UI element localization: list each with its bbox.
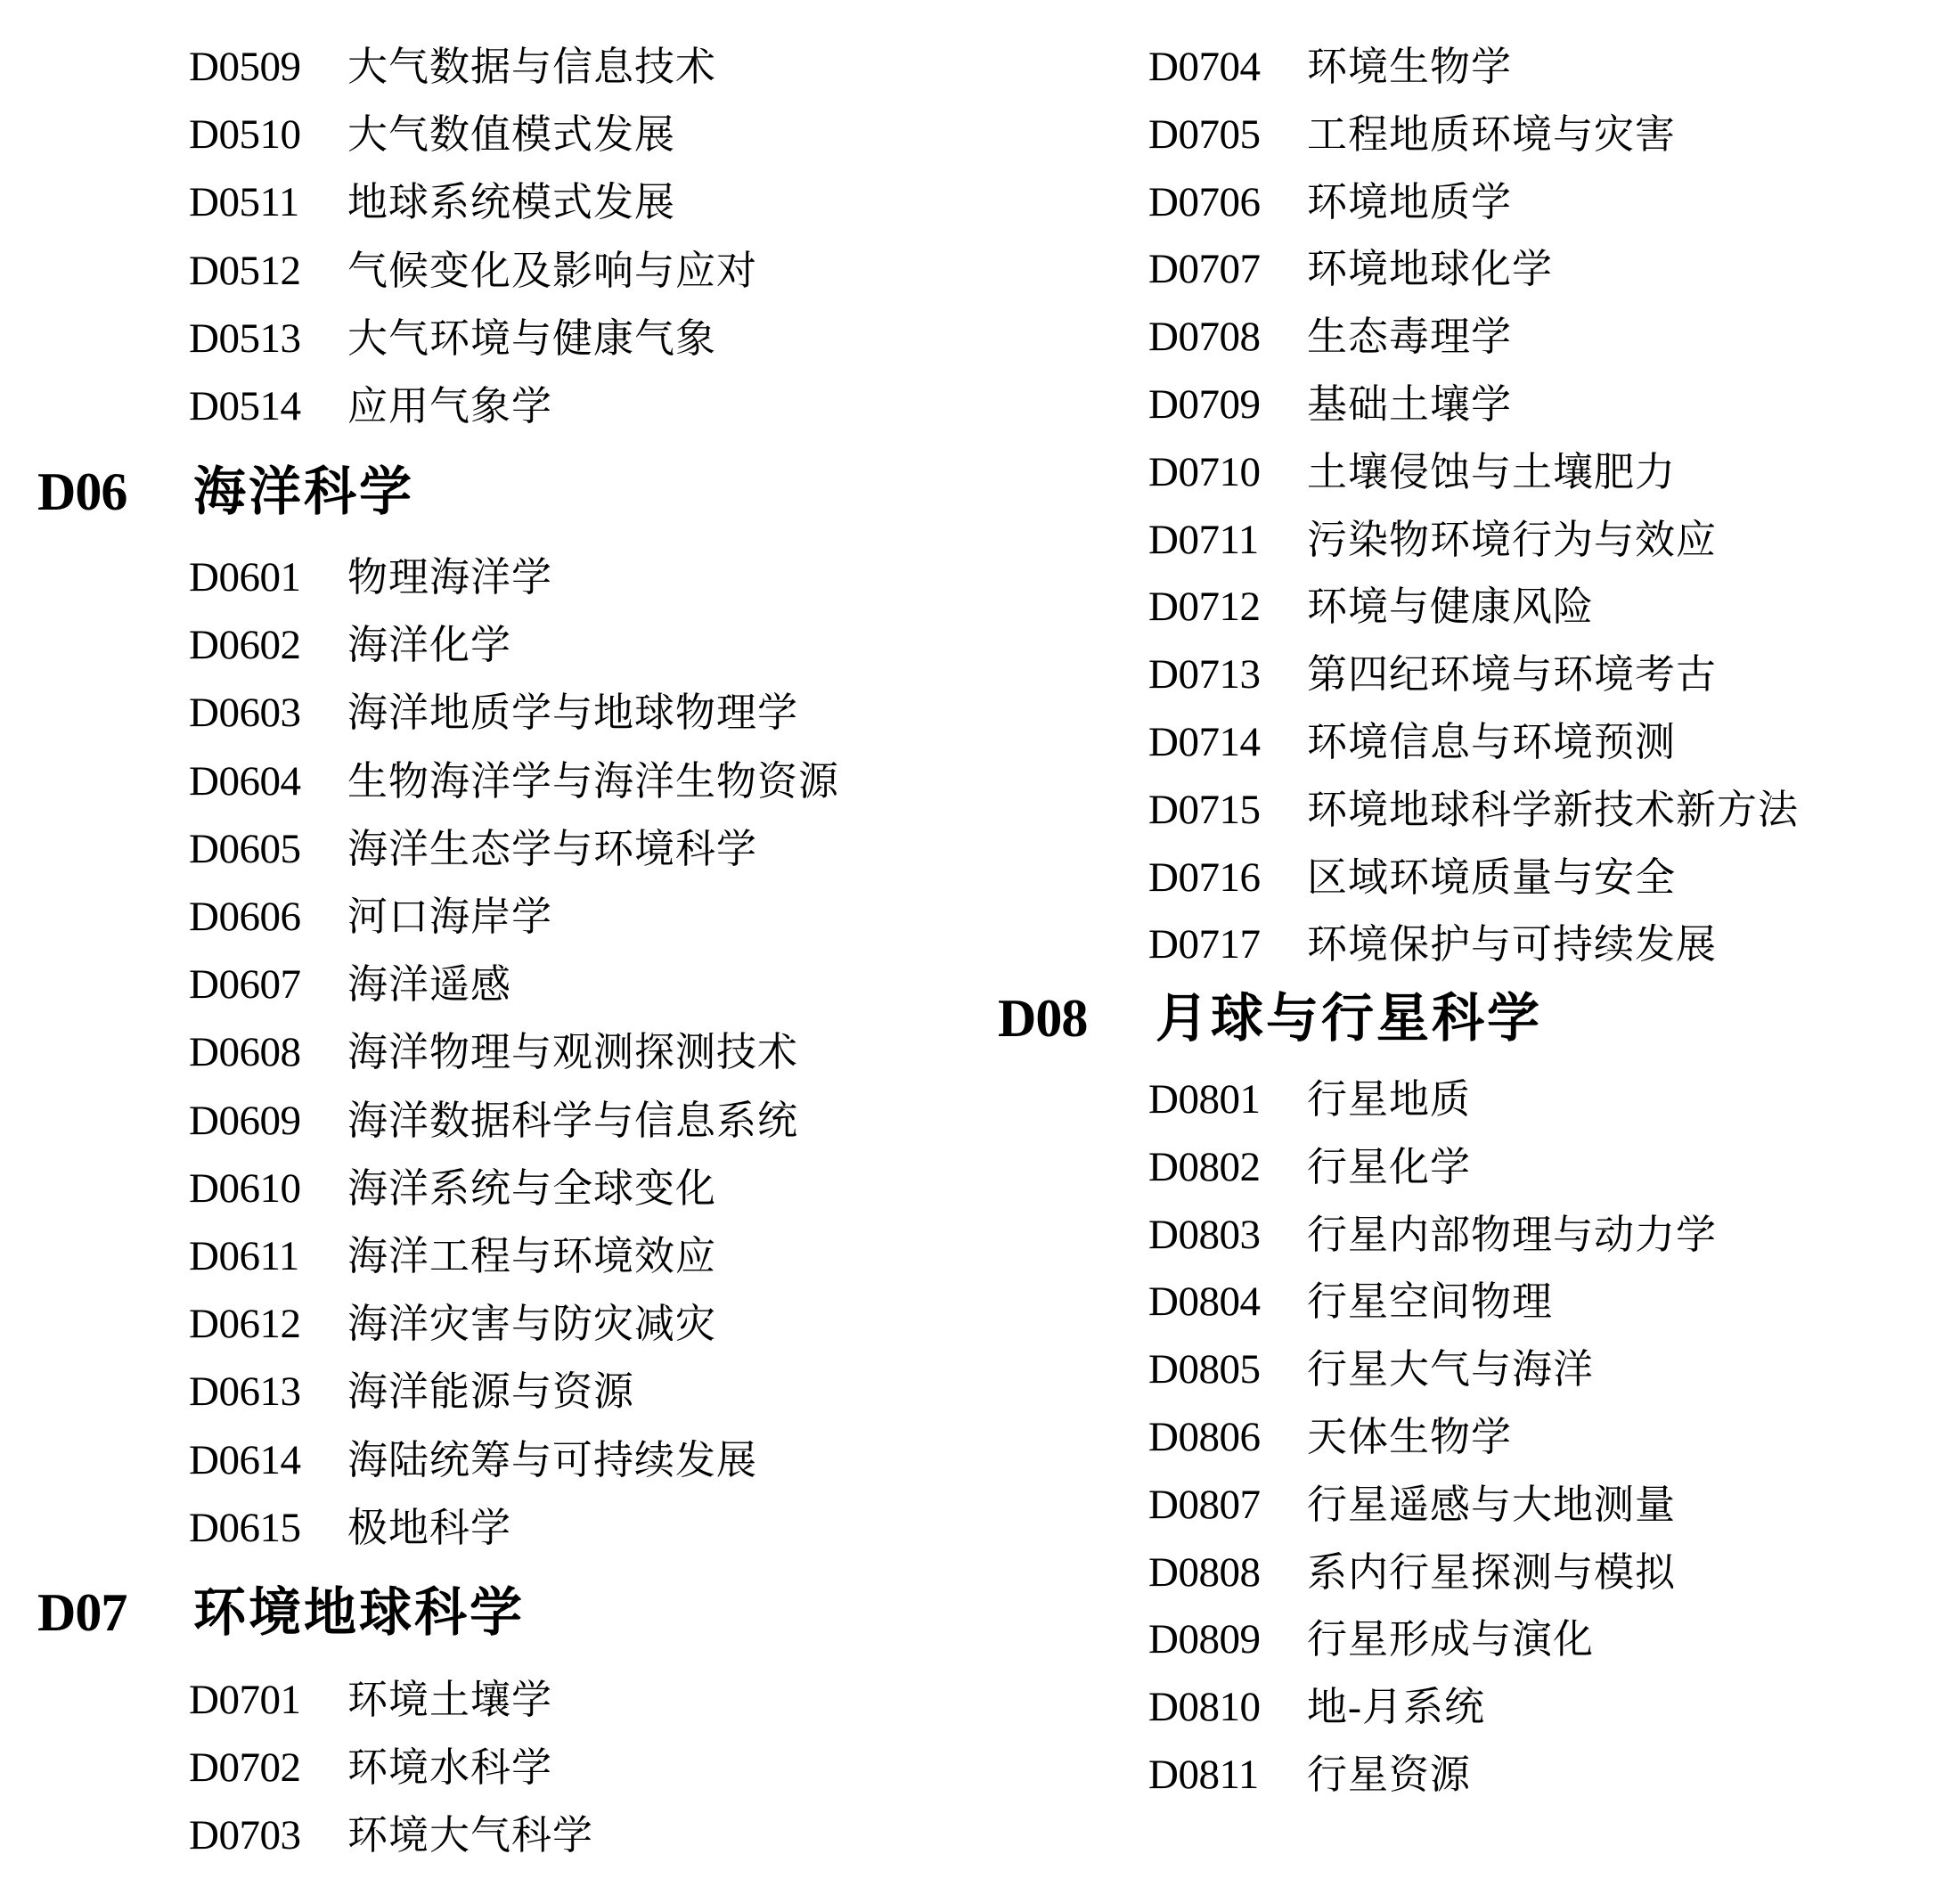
- item-name: 天体生物学: [1307, 1403, 1512, 1471]
- item-name: 环境生物学: [1307, 33, 1512, 101]
- list-item: D0811行星资源: [0, 1741, 1960, 1809]
- list-item: D0807行星遥感与大地测量: [0, 1471, 1960, 1539]
- item-code: D0704: [1148, 33, 1260, 101]
- item-name: 环境地球科学新技术新方法: [1307, 776, 1799, 844]
- item-code: D0713: [1148, 641, 1260, 708]
- list-item: D0805行星大气与海洋: [0, 1335, 1960, 1403]
- item-name: 环境信息与环境预测: [1307, 708, 1676, 776]
- item-name: 基础土壤学: [1307, 371, 1512, 438]
- item-code: D0717: [1148, 911, 1260, 978]
- item-code: D0710: [1148, 438, 1260, 506]
- list-item: D0707环境地球化学: [0, 235, 1960, 303]
- item-name: 区域环境质量与安全: [1307, 844, 1676, 911]
- item-name: 行星大气与海洋: [1307, 1335, 1594, 1403]
- discipline-code-list: D0509大气数据与信息技术D0510大气数值模式发展D0511地球系统模式发展…: [0, 0, 1960, 1895]
- item-code: D0801: [1148, 1066, 1260, 1133]
- list-item: D0710土壤侵蚀与土壤肥力: [0, 438, 1960, 506]
- list-item: D0801行星地质: [0, 1066, 1960, 1133]
- list-item: D0808系内行星探测与模拟: [0, 1539, 1960, 1606]
- list-item: D0706环境地质学: [0, 168, 1960, 236]
- list-item: D0716区域环境质量与安全: [0, 844, 1960, 911]
- list-item: D0709基础土壤学: [0, 371, 1960, 438]
- list-item: D0708生态毒理学: [0, 303, 1960, 371]
- item-code: D0716: [1148, 844, 1260, 911]
- item-name: 环境大气科学: [347, 1801, 593, 1869]
- list-item: D0810地-月系统: [0, 1673, 1960, 1741]
- item-name: 土壤侵蚀与土壤肥力: [1307, 438, 1676, 506]
- item-code: D0708: [1148, 303, 1260, 371]
- item-name: 工程地质环境与灾害: [1307, 101, 1676, 168]
- list-item: D0704环境生物学: [0, 33, 1960, 101]
- item-name: 环境地球化学: [1307, 235, 1553, 303]
- item-code: D0808: [1148, 1539, 1260, 1606]
- list-item: D0804行星空间物理: [0, 1268, 1960, 1335]
- list-item: D0715环境地球科学新技术新方法: [0, 776, 1960, 844]
- item-name: 生态毒理学: [1307, 303, 1512, 371]
- item-name: 环境地质学: [1307, 168, 1512, 236]
- item-name: 行星地质: [1307, 1066, 1471, 1133]
- list-item: D0713第四纪环境与环境考古: [0, 641, 1960, 708]
- list-item: D0803行星内部物理与动力学: [0, 1201, 1960, 1269]
- item-code: D0804: [1148, 1268, 1260, 1335]
- item-name: 行星遥感与大地测量: [1307, 1471, 1676, 1539]
- item-name: 系内行星探测与模拟: [1307, 1539, 1676, 1606]
- item-code: D0705: [1148, 101, 1260, 168]
- item-name: 污染物环境行为与效应: [1307, 506, 1717, 574]
- list-item: D0714环境信息与环境预测: [0, 708, 1960, 776]
- item-code: D0709: [1148, 371, 1260, 438]
- item-name: 行星形成与演化: [1307, 1605, 1594, 1673]
- item-name: 行星化学: [1307, 1133, 1471, 1201]
- list-item: D0703环境大气科学: [0, 1801, 1960, 1869]
- section-heading-d08: D08月球与行星科学: [0, 978, 1960, 1058]
- item-name: 行星资源: [1307, 1741, 1471, 1809]
- item-code: D0707: [1148, 235, 1260, 303]
- section-title: 月球与行星科学: [1156, 978, 1542, 1058]
- list-item: D0802行星化学: [0, 1133, 1960, 1201]
- item-code: D0706: [1148, 168, 1260, 236]
- item-code: D0811: [1148, 1741, 1259, 1809]
- item-code: D0711: [1148, 506, 1259, 574]
- list-item: D0705工程地质环境与灾害: [0, 101, 1960, 168]
- item-code: D0703: [189, 1801, 300, 1869]
- item-name: 地-月系统: [1307, 1673, 1485, 1741]
- item-name: 环境保护与可持续发展: [1307, 911, 1717, 978]
- list-item: D0712环境与健康风险: [0, 573, 1960, 641]
- item-code: D0810: [1148, 1673, 1260, 1741]
- item-code: D0802: [1148, 1133, 1260, 1201]
- item-name: 行星空间物理: [1307, 1268, 1553, 1335]
- item-code: D0806: [1148, 1403, 1260, 1471]
- list-item: D0806天体生物学: [0, 1403, 1960, 1471]
- item-code: D0807: [1148, 1471, 1260, 1539]
- item-code: D0803: [1148, 1201, 1260, 1269]
- list-item: D0711污染物环境行为与效应: [0, 506, 1960, 574]
- item-code: D0805: [1148, 1335, 1260, 1403]
- item-code: D0715: [1148, 776, 1260, 844]
- section-code: D08: [998, 978, 1087, 1058]
- item-code: D0712: [1148, 573, 1260, 641]
- item-name: 行星内部物理与动力学: [1307, 1201, 1717, 1269]
- item-name: 环境与健康风险: [1307, 573, 1594, 641]
- list-item: D0717环境保护与可持续发展: [0, 911, 1960, 978]
- item-code: D0809: [1148, 1605, 1260, 1673]
- item-name: 第四纪环境与环境考古: [1307, 641, 1717, 708]
- item-code: D0714: [1148, 708, 1260, 776]
- list-item: D0809行星形成与演化: [0, 1605, 1960, 1673]
